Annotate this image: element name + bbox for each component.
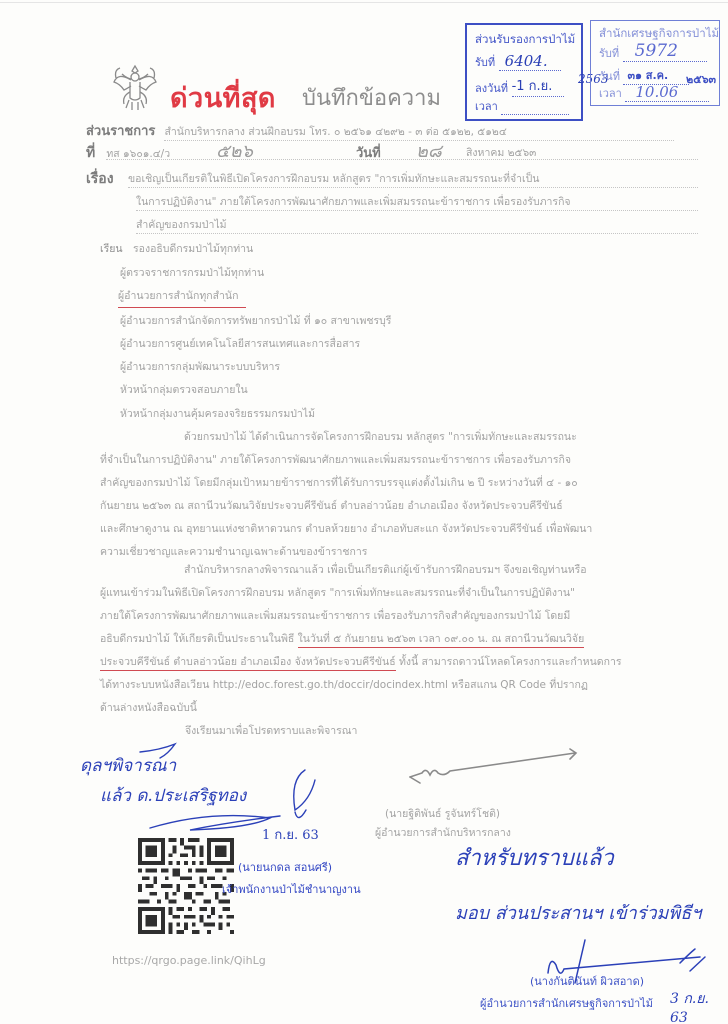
event-text-plain: อธิบดีกรมป่าไม้ ให้เกียรติเป็นประธานในพิ… [100, 633, 298, 645]
qr-stamp-position: เจ้าพนักงานป่าไม้ชำนาญงาน [222, 880, 361, 898]
reference-row: ที่ ทส ๑๖๐๑.๔/ว ๕๒๖ วันที่ ๒๘ สิงหาคม ๒๕… [86, 142, 698, 164]
stamp-date-label: วันที่ [599, 70, 620, 83]
download-instructions: ได้ทางระบบหนังสือเวียน http://edoc.fores… [100, 676, 588, 693]
stamp-time-label: เวลา [599, 87, 622, 100]
qr-url[interactable]: https://qrgo.page.link/QihLg [112, 954, 266, 967]
paragraph-2-line: สำนักบริหารกลางพิจารณาแล้ว เพื่อเป็นเกีย… [184, 561, 587, 578]
receiving-stamp-forest-economics: สำนักเศรษฐกิจการป่าไม้ รับที่ 5972 วันที… [590, 20, 720, 106]
stamp-received-label: รับที่ [599, 47, 619, 60]
agency-row: ส่วนราชการ สำนักบริหารกลาง ส่วนฝึกอบรม โ… [86, 120, 698, 141]
qr-stamp-name: (นายนกดล สอนศรี) [238, 858, 332, 876]
scan-edge [0, 2, 728, 3]
urgency-label: ด่วนที่สุด [170, 76, 276, 119]
recipient-item: ผู้ตรวจราชการกรมป่าไม้ทุกท่าน [120, 264, 264, 281]
recipient-item: หัวหน้ากลุ่มตรวจสอบภายใน [120, 381, 248, 398]
subject-line-3: สำคัญของกรมป่าไม้ [136, 216, 698, 234]
stamp-time-label: เวลา [475, 100, 498, 113]
date-day-handwritten: ๒๘ [416, 136, 442, 165]
stamp-time [501, 114, 569, 115]
paragraph-1-line: และศึกษาดูงาน ณ อุทยานแห่งชาติหาดวนกร ตำ… [100, 520, 592, 537]
handwritten-date-right: 3 ก.ย. 63 [670, 988, 728, 1024]
stamp-date-label: ลงวันที่ [475, 82, 508, 95]
recipient-item: ผู้อำนวยการสำนักจัดการทรัพยากรป่าไม้ ที่… [120, 312, 391, 329]
paragraph-2-line: อธิบดีกรมป่าไม้ ให้เกียรติเป็นประธานในพิ… [100, 630, 584, 647]
garuda-emblem-icon [112, 62, 158, 112]
recipient-item: รองอธิบดีกรมป่าไม้ทุกท่าน [133, 240, 253, 257]
stamp-received-number: 6404. [505, 52, 548, 70]
handwritten-date-left: 1 ก.ย. 63 [262, 824, 319, 845]
agency-label: ส่วนราชการ [86, 124, 155, 139]
recipient-item: ผู้อำนวยการกลุ่มพัฒนาระบบบริหาร [120, 358, 280, 375]
recipients-label: เรียน [100, 240, 123, 257]
recipient-item: ผู้อำนวยการศูนย์เทคโนโลยีสารสนเทศและการส… [120, 335, 360, 352]
signatory-name: (นายฐิติพันธ์ รูจันทร์โชติ) [385, 805, 500, 822]
qr-code-icon [138, 838, 234, 934]
stamp-date: -1 ก.ย. [512, 79, 553, 94]
event-text-plain: ทั้งนี้ สามารถดาวน์โหลดโครงการและกำหนดกา… [396, 656, 622, 668]
handwritten-note-right-2: มอบ ส่วนประสานฯ เข้าร่วมพิธีฯ [455, 898, 701, 927]
director-stamp-position: ผู้อำนวยการสำนักเศรษฐกิจการป่าไม้ [480, 994, 653, 1012]
paragraph-2-line: ภายใต้โครงการพัฒนาศักยภาพและเพิ่มสมรรถนะ… [100, 607, 570, 624]
handwritten-note-right-1: สำหรับทราบแล้ว [455, 840, 614, 875]
paragraph-2-line: ด้านล่างหนังสือฉบับนี้ [100, 699, 197, 716]
memo-title: บันทึกข้อความ [302, 80, 441, 115]
stamp2-date-year: ๒๕๖๓ [686, 70, 716, 88]
ref-label: ที่ [86, 145, 95, 161]
paragraph-2-line: ผู้แทนเข้าร่วมในพิธีเปิดโครงการฝึกอบรม ห… [100, 584, 575, 601]
subject-label: เรื่อง [86, 168, 114, 190]
stamp-time: 10.06 [635, 83, 678, 101]
director-stamp-name: (นางกันตินันท์ ผิวสอาด) [530, 972, 644, 990]
recipient-item: หัวหน้ากลุ่มงานคุ้มครองจริยธรรมกรมป่าไม้ [120, 405, 315, 422]
director-signature [400, 745, 580, 790]
paragraph-1-line: ความเชี่ยวชาญและความชำนาญเฉพาะด้านของข้า… [100, 543, 367, 560]
recipient-item-underlined: ผู้อำนวยการสำนักทุกสำนัก [118, 287, 246, 308]
paragraph-1-line: กันยายน ๒๕๖๓ ณ สถานีวนวัฒนวิจัยประจวบคีร… [100, 497, 563, 514]
receiving-stamp-forestry-certification: ส่วนรับรองการป่าไม้ รับที่ 6404. ลงวันที… [465, 23, 583, 121]
paragraph-1-line: สำคัญของกรมป่าไม้ โดยมีกลุ่มเป้าหมายข้าร… [100, 474, 578, 491]
paragraph-1-line: ที่จำเป็นในการปฏิบัติงาน" ภายใต้โครงการพ… [100, 451, 571, 468]
stamp-office-name: ส่วนรับรองการป่าไม้ [475, 31, 575, 49]
subject-line-1: ขอเชิญเป็นเกียรติในพิธีเปิดโครงการฝึกอบร… [128, 170, 698, 188]
subject-line-2: ในการปฏิบัติงาน" ภายใต้โครงการพัฒนาศักยภ… [136, 193, 698, 211]
stamp-date: ๓๑ ส.ค. [627, 69, 668, 82]
signatory-position: ผู้อำนวยการสำนักบริหารกลาง [375, 824, 511, 841]
paragraph-2-line: ประจวบคีรีขันธ์ ตำบลอ่าวน้อย อำเภอเมือง … [100, 653, 621, 670]
paragraph-1-line: ด้วยกรมป่าไม้ ได้ดำเนินการจัดโครงการฝึกอ… [184, 428, 577, 445]
ref-number-handwritten: ๕๒๖ [216, 136, 253, 165]
stamp-received-label: รับที่ [475, 56, 495, 69]
closing-line: จึงเรียนมาเพื่อโปรดทราบและพิจารณา [185, 722, 357, 739]
event-date-underlined: ในวันที่ ๕ กันยายน ๒๕๖๓ เวลา ๐๙.๐๐ น. ณ … [298, 633, 585, 648]
stamp-received-number: 5972 [635, 41, 678, 61]
event-venue-underlined: ประจวบคีรีขันธ์ ตำบลอ่าวน้อย อำเภอเมือง … [100, 656, 396, 671]
